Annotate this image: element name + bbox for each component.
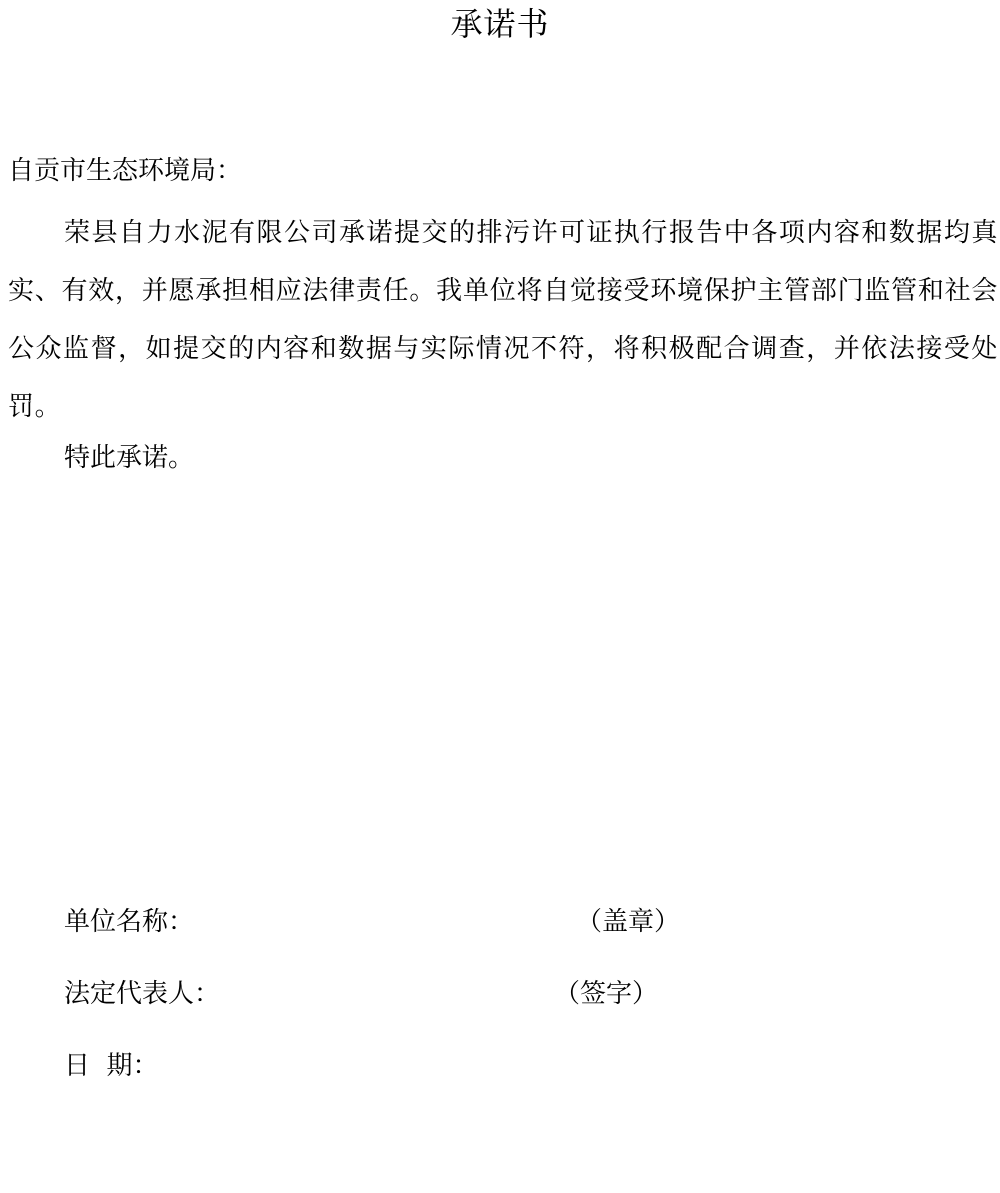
document-title: 承诺书 — [0, 2, 1000, 46]
date-label: 日 期： — [64, 1048, 159, 1084]
closing-statement: 特此承诺。 — [64, 440, 194, 476]
legal-representative-label: 法定代表人： — [64, 976, 220, 1012]
addressee: 自贡市生态环境局： — [8, 153, 242, 189]
signature-note: （签字） — [554, 976, 658, 1012]
unit-name-label: 单位名称： — [64, 904, 194, 940]
commitment-body: 荣县自力水泥有限公司承诺提交的排污许可证执行报告中各项内容和数据均真实、有效，并… — [8, 204, 998, 436]
seal-note: （盖章） — [576, 904, 680, 940]
